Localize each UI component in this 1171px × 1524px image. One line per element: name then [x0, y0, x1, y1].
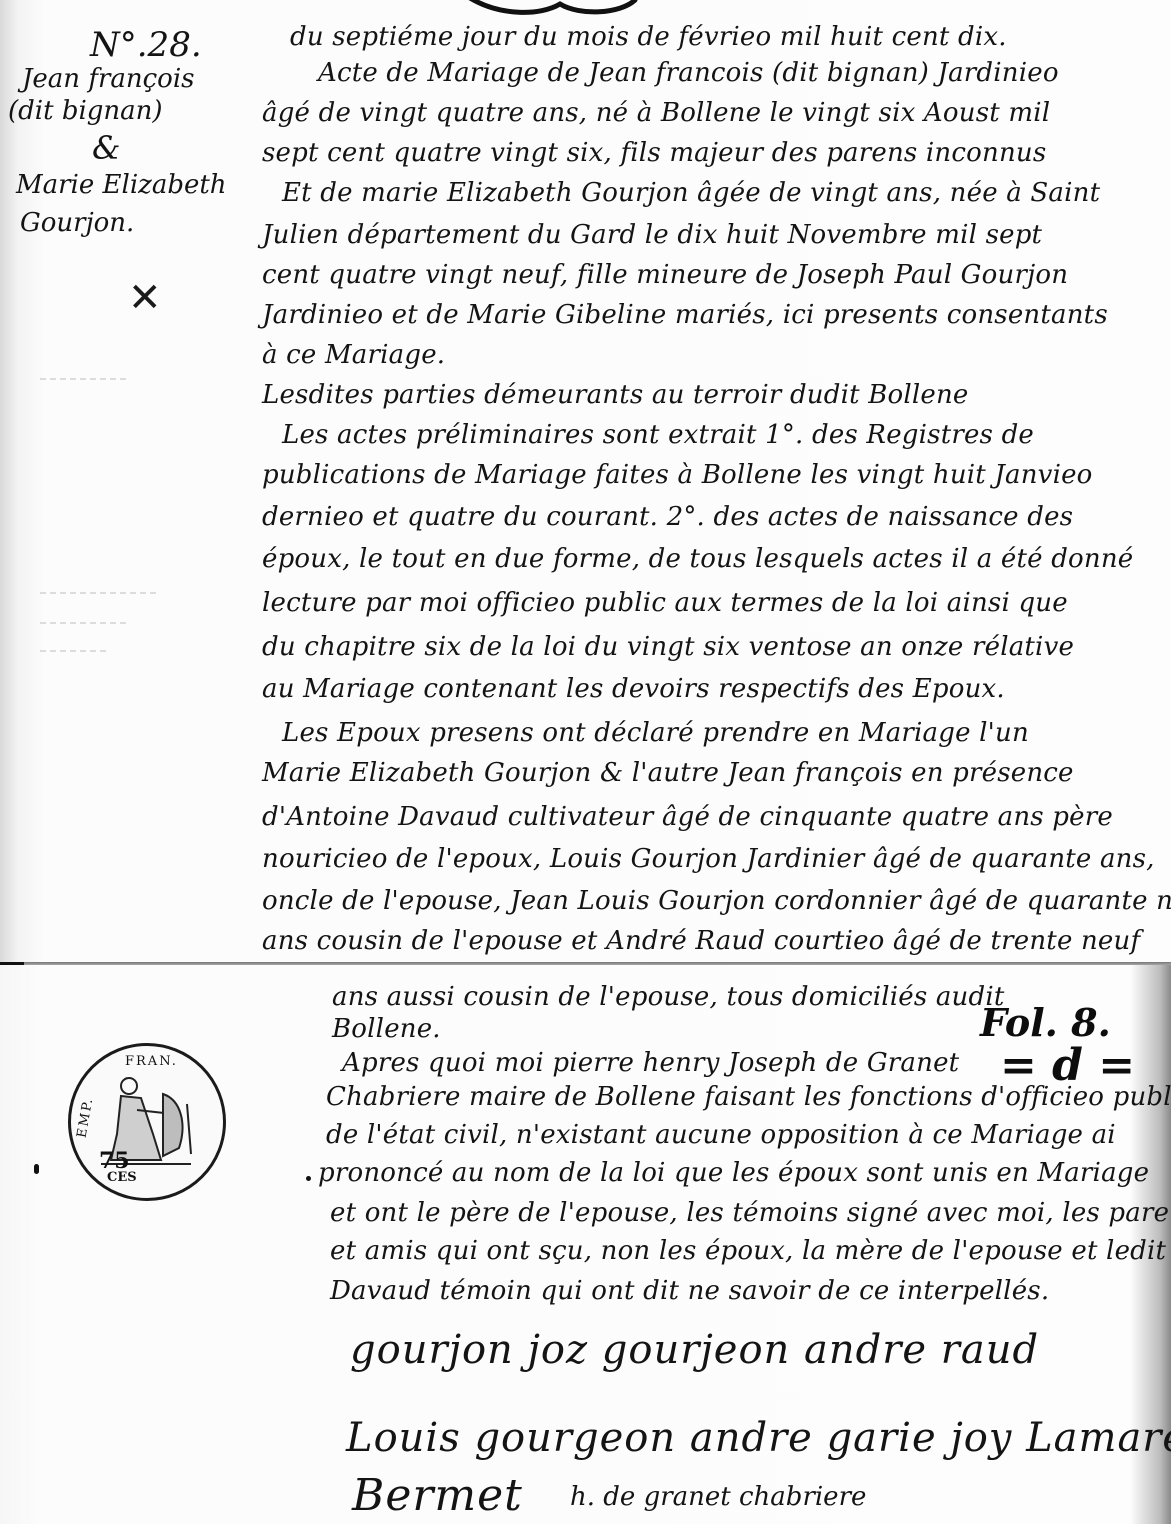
record-line: du septiéme jour du mois de févrieo mil …: [290, 24, 1007, 50]
record-line: Davaud témoin qui ont dit ne savoir de c…: [330, 1278, 1049, 1304]
record-line: de l'état civil, n'existant aucune oppos…: [326, 1122, 1116, 1148]
record-line: Marie Elizabeth Gourjon & l'autre Jean f…: [262, 760, 1074, 786]
ink-spot: [34, 1164, 39, 1174]
margin-bride-name: Marie Elizabeth: [16, 172, 227, 198]
record-line: sept cent quatre vingt six, fils majeur …: [262, 140, 1046, 166]
record-line: époux, le tout en due forme, de tous les…: [262, 546, 1133, 572]
record-number: N°.28.: [90, 28, 202, 62]
record-line: ans cousin de l'epouse et André Raud cou…: [262, 928, 1140, 954]
signature-bermet: Bermet: [352, 1474, 523, 1518]
record-line: Julien département du Gard le dix huit N…: [262, 222, 1042, 248]
signature-line: gourjon joz gourjeon andre raud: [350, 1330, 1039, 1370]
record-line: et amis qui ont sçu, non les époux, la m…: [330, 1238, 1166, 1264]
cross-mark-icon: ✕: [128, 278, 162, 318]
upper-page: N°.28. Jean françois (dit bignan) & Mari…: [0, 0, 1171, 965]
tax-stamp: FRAN. EMP. 75 CES: [68, 1043, 226, 1201]
record-line: lecture par moi officieo public aux term…: [262, 590, 1068, 616]
bleed-through-mark: [40, 622, 130, 624]
record-line: Et de marie Elizabeth Gourjon âgée de vi…: [282, 180, 1100, 206]
margin-groom-alias: (dit bignan): [8, 98, 163, 124]
bleed-through-mark: [40, 378, 130, 380]
margin-groom-name: Jean françois: [22, 66, 195, 92]
record-line: cent quatre vingt neuf, fille mineure de…: [262, 262, 1068, 288]
record-line: Lesdites parties démeurants au terroir d…: [262, 382, 969, 408]
stamp-unit: CES: [107, 1170, 137, 1185]
margin-ampersand: &: [92, 132, 120, 164]
bleed-through-mark: [40, 650, 110, 652]
stamp-top-text: FRAN.: [125, 1054, 178, 1069]
record-line: à ce Mariage.: [262, 342, 445, 368]
record-line: âgé de vingt quatre ans, né à Bollene le…: [262, 100, 1050, 126]
record-line: Apres quoi moi pierre henry Joseph de Gr…: [342, 1050, 959, 1076]
signature-line: Louis gourgeon andre garie joy Lamare,: [346, 1418, 1171, 1458]
record-line: d'Antoine Davaud cultivateur âgé de cinq…: [262, 804, 1113, 830]
record-line: oncle de l'epouse, Jean Louis Gourjon co…: [262, 888, 1171, 914]
record-line: au Mariage contenant les devoirs respect…: [262, 676, 1005, 702]
record-line: Acte de Mariage de Jean francois (dit bi…: [318, 60, 1059, 86]
record-line: nouricieo de l'epoux, Louis Gourjon Jard…: [262, 846, 1155, 872]
bleed-through-mark: [40, 592, 160, 594]
header-flourish-icon: [450, 0, 650, 24]
record-line: publications de Mariage faites à Bollene…: [262, 462, 1093, 488]
record-line: du chapitre six de la loi du vingt six v…: [262, 634, 1074, 660]
record-line: dernieo et quatre du courant. 2°. des ac…: [262, 504, 1073, 530]
record-line: Les Epoux presens ont déclaré prendre en…: [282, 720, 1029, 746]
record-line: Les actes préliminaires sont extrait 1°.…: [282, 422, 1034, 448]
ink-spot: [306, 1176, 311, 1181]
signature-mayor: h. de granet chabriere: [570, 1484, 866, 1510]
record-line: prononcé au nom de la loi que les époux …: [318, 1160, 1149, 1186]
margin-bride-surname: Gourjon.: [20, 210, 134, 236]
record-line: Bollene.: [332, 1016, 441, 1042]
record-line: ans aussi cousin de l'epouse, tous domic…: [332, 984, 1005, 1010]
record-line: Jardinieo et de Marie Gibeline mariés, i…: [262, 302, 1108, 328]
record-line: Chabriere maire de Bollene faisant les f…: [326, 1084, 1171, 1110]
record-line: et ont le père de l'epouse, les témoins …: [330, 1200, 1171, 1226]
